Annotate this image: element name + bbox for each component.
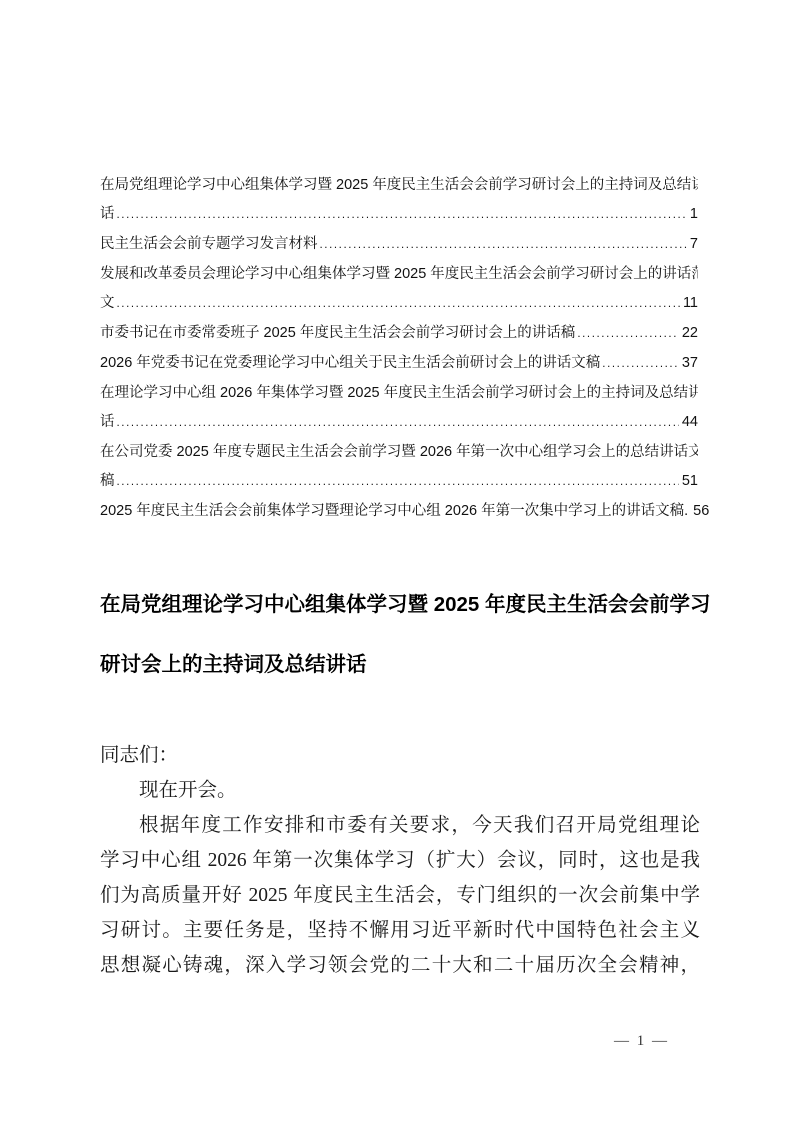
toc-entry-line: 话44: [100, 408, 698, 438]
toc-entry-line: 民主生活会会前专题学习发言材料7: [100, 230, 698, 260]
toc-entry: 民主生活会会前专题学习发言材料7: [100, 230, 698, 260]
toc-entry-text: 话: [100, 200, 115, 229]
toc-entry-text: 文: [100, 289, 115, 318]
toc-entry: 在局党组理论学习中心组集体学习暨 2025 年度民主生活会会前学习研讨会上的主持…: [100, 171, 698, 230]
toc-dot-leader: [117, 468, 679, 497]
toc-entry-text: 市委书记在市委常委班子 2025 年度民主生活会会前学习研讨会上的讲话稿: [100, 319, 575, 348]
toc-dot-leader: [117, 290, 680, 319]
toc-entry-line: 2025 年度民主生活会会前集体学习暨理论学习中心组 2026 年第一次集中学习…: [100, 497, 698, 526]
toc-dot-leader: [117, 201, 687, 230]
toc-page-number: 37: [682, 349, 698, 378]
toc-entry-text: 2026 年党委书记在党委理论学习中心组关于民主生活会前研讨会上的讲话文稿: [100, 349, 600, 378]
toc-dot-leader: [117, 409, 679, 438]
toc-page-number: 56: [693, 497, 709, 526]
paragraph-line: 思想凝心铸魂，深入学习领会党的二十大和二十届历次全会精神，: [100, 948, 700, 983]
paragraph-line: 学习中心组 2026 年第一次集体学习（扩大）会议，同时，这也是我: [100, 843, 700, 878]
toc-entry-line: 在公司党委 2025 年度专题民主生活会会前学习暨 2026 年第一次中心组学习…: [100, 438, 698, 467]
paragraph: 根据年度工作安排和市委有关要求，今天我们召开局党组理论学习中心组 2026 年第…: [100, 808, 700, 983]
page-number-footer: — 1 —: [614, 1031, 669, 1051]
table-of-contents: 在局党组理论学习中心组集体学习暨 2025 年度民主生活会会前学习研讨会上的主持…: [100, 171, 698, 526]
toc-entry: 发展和改革委员会理论学习中心组集体学习暨 2025 年度民主生活会会前学习研讨会…: [100, 260, 698, 319]
toc-entry-text: 话: [100, 408, 115, 437]
toc-entry-text: 2025 年度民主生活会会前集体学习暨理论学习中心组 2026 年第一次集中学习…: [100, 497, 688, 526]
toc-entry-line: 市委书记在市委常委班子 2025 年度民主生活会会前学习研讨会上的讲话稿22: [100, 319, 698, 349]
paragraph-line: 同志们：: [100, 738, 700, 773]
toc-entry-line: 在理论学习中心组 2026 年集体学习暨 2025 年度民主生活会前学习研讨会上…: [100, 379, 698, 408]
article-title-line: 研讨会上的主持词及总结讲话: [100, 635, 700, 695]
toc-entry-line: 文11: [100, 289, 698, 319]
toc-entry-line: 话1: [100, 200, 698, 230]
paragraph-line: 现在开会。: [100, 773, 700, 808]
toc-dot-leader: [602, 350, 679, 379]
toc-entry: 市委书记在市委常委班子 2025 年度民主生活会会前学习研讨会上的讲话稿22: [100, 319, 698, 349]
toc-page-number: 1: [690, 200, 698, 229]
toc-dot-leader: [320, 231, 687, 260]
article-title: 在局党组理论学习中心组集体学习暨 2025 年度民主生活会会前学习研讨会上的主持…: [100, 575, 700, 695]
paragraph-line: 习研讨。主要任务是，坚持不懈用习近平新时代中国特色社会主义: [100, 913, 700, 948]
paragraph-line: 们为高质量开好 2025 年度民主生活会，专门组织的一次会前集中学: [100, 878, 700, 913]
toc-page-number: 51: [682, 467, 698, 496]
paragraph: 现在开会。: [100, 773, 700, 808]
toc-entry: 2025 年度民主生活会会前集体学习暨理论学习中心组 2026 年第一次集中学习…: [100, 497, 698, 526]
toc-entry: 2026 年党委书记在党委理论学习中心组关于民主生活会前研讨会上的讲话文稿37: [100, 349, 698, 379]
toc-page-number: 11: [683, 289, 698, 318]
document-page: 在局党组理论学习中心组集体学习暨 2025 年度民主生活会会前学习研讨会上的主持…: [0, 0, 793, 1122]
toc-entry: 在公司党委 2025 年度专题民主生活会会前学习暨 2026 年第一次中心组学习…: [100, 438, 698, 497]
toc-entry: 在理论学习中心组 2026 年集体学习暨 2025 年度民主生活会前学习研讨会上…: [100, 379, 698, 438]
toc-entry-line: 在局党组理论学习中心组集体学习暨 2025 年度民主生活会会前学习研讨会上的主持…: [100, 171, 698, 200]
paragraph: 同志们：: [100, 738, 700, 773]
paragraph-line: 根据年度工作安排和市委有关要求，今天我们召开局党组理论: [100, 808, 700, 843]
toc-entry-line: 发展和改革委员会理论学习中心组集体学习暨 2025 年度民主生活会会前学习研讨会…: [100, 260, 698, 289]
toc-entry-text: 民主生活会会前专题学习发言材料: [100, 230, 318, 259]
toc-entry-text: 稿: [100, 467, 115, 496]
toc-dot-leader: [577, 320, 679, 349]
article-body: 同志们：现在开会。根据年度工作安排和市委有关要求，今天我们召开局党组理论学习中心…: [100, 738, 700, 983]
toc-page-number: 7: [690, 230, 698, 259]
article-title-line: 在局党组理论学习中心组集体学习暨 2025 年度民主生活会会前学习: [100, 575, 700, 635]
toc-entry-line: 稿51: [100, 467, 698, 497]
toc-page-number: 22: [682, 319, 698, 348]
toc-page-number: 44: [682, 408, 698, 437]
toc-entry-line: 2026 年党委书记在党委理论学习中心组关于民主生活会前研讨会上的讲话文稿37: [100, 349, 698, 379]
